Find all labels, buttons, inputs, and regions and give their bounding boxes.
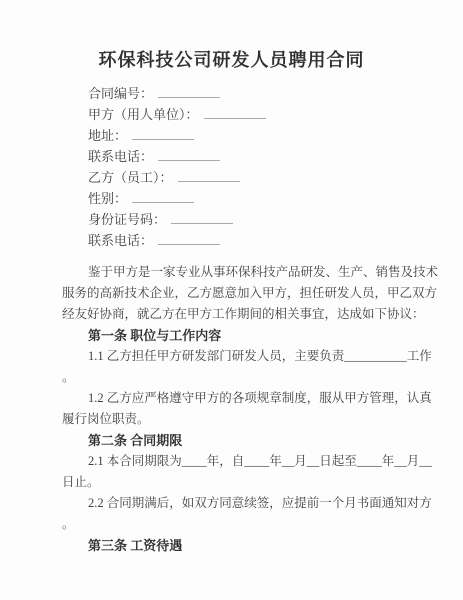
contract-body: 鉴于甲方是一家专业从事环保科技产品研发、生产、销售及技术服务的高新技术企业，乙方… xyxy=(62,262,421,556)
blank-line xyxy=(171,211,233,224)
blank-line xyxy=(158,232,220,245)
field-label: 乙方（员工）： xyxy=(88,167,173,188)
body-line: 履行岗位职责。 xyxy=(62,409,421,430)
blank-line xyxy=(158,85,220,98)
contract-page: 环保科技公司研发人员聘用合同 合同编号：甲方（用人单位）：地址：联系电话：乙方（… xyxy=(0,0,463,600)
body-line: 1.1 乙方担任甲方研发部门研发人员，主要负责__________工作 xyxy=(62,346,421,367)
body-line: 1.2 乙方应严格遵守甲方的各项规章制度，服从甲方管理，认真 xyxy=(62,388,421,409)
clause-heading: 第三条 工资待遇 xyxy=(62,535,421,556)
document-title: 环保科技公司研发人员聘用合同 xyxy=(0,0,463,73)
field-row: 联系电话： xyxy=(88,230,463,251)
clause-heading: 第二条 合同期限 xyxy=(62,430,421,451)
field-row: 性别： xyxy=(88,188,463,209)
body-line: 经友好协商，就乙方在甲方工作期间的相关事宜，达成如下协议： xyxy=(62,304,421,325)
field-row: 甲方（用人单位）： xyxy=(88,104,463,125)
body-line: 2.1 本合同期限为____年，自____年__月__日起至____年__月__ xyxy=(62,451,421,472)
field-row: 合同编号： xyxy=(88,83,463,104)
field-row: 乙方（员工）： xyxy=(88,167,463,188)
body-line: 2.2 合同期满后，如双方同意续签，应提前一个月书面通知对方 xyxy=(62,493,421,514)
body-line: 服务的高新技术企业，乙方愿意加入甲方，担任研发人员，甲乙双方 xyxy=(62,283,421,304)
field-label: 地址： xyxy=(88,125,127,146)
field-row: 身份证号码： xyxy=(88,209,463,230)
field-label: 性别： xyxy=(88,188,127,209)
field-row: 地址： xyxy=(88,125,463,146)
field-label: 甲方（用人单位）： xyxy=(88,104,199,125)
body-line: 鉴于甲方是一家专业从事环保科技产品研发、生产、销售及技术 xyxy=(62,262,421,283)
field-row: 联系电话： xyxy=(88,146,463,167)
blank-line xyxy=(178,169,240,182)
header-fields: 合同编号：甲方（用人单位）：地址：联系电话：乙方（员工）：性别：身份证号码：联系… xyxy=(88,83,463,251)
blank-line xyxy=(158,148,220,161)
clause-heading: 第一条 职位与工作内容 xyxy=(62,325,421,346)
body-line: 。 xyxy=(62,367,421,388)
blank-line xyxy=(132,127,194,140)
body-line: 日止。 xyxy=(62,472,421,493)
field-label: 合同编号： xyxy=(88,83,153,104)
field-label: 联系电话： xyxy=(88,146,153,167)
field-label: 身份证号码： xyxy=(88,209,166,230)
field-label: 联系电话： xyxy=(88,230,153,251)
body-line: 。 xyxy=(62,514,421,535)
blank-line xyxy=(204,106,266,119)
blank-line xyxy=(132,190,194,203)
